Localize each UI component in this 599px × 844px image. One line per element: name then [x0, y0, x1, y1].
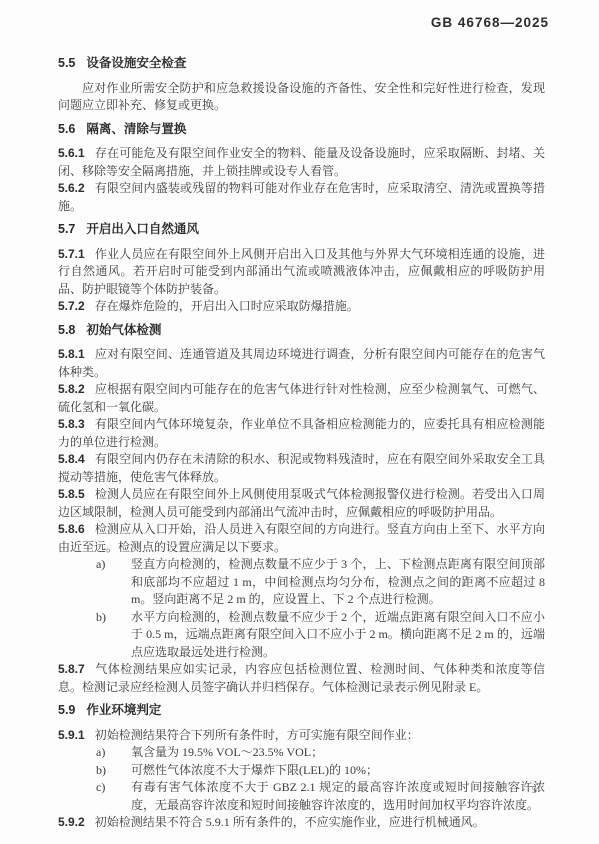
list-item-a: a)竖直方向检测的，检测点数量不应少于 3 个，上、下检测点距离有限空间顶部和底… [58, 556, 545, 609]
clause-number: 5.7.2 [58, 299, 85, 313]
clause-number: 5.9.1 [58, 728, 85, 742]
list-item-marker: c) [96, 779, 131, 814]
section-number: 5.5 [58, 56, 75, 70]
list-item-a2: a)氧含量为 19.5% VOL～23.5% VOL； [58, 744, 545, 762]
list-item-b: b)水平方向检测的，检测点数量不应少于 2 个，近端点距离有限空间入口不应小于 … [58, 609, 545, 662]
clause-number: 5.8.1 [58, 347, 85, 361]
section-number: 5.6 [58, 122, 75, 136]
section-heading-5-5: 5.5设备设施安全检查 [58, 55, 545, 73]
list-item-marker: b) [96, 762, 131, 780]
clause-5-8-1: 5.8.1应对有限空间、连通管道及其周边环境进行调查，分析有限空间内可能存在的危… [58, 346, 545, 381]
section-heading-5-7: 5.7开启出入口自然通风 [58, 221, 545, 239]
list-item-text: 可燃性气体浓度不大于爆炸下限(LEL)的 10%； [131, 762, 545, 780]
list-item-b2: b)可燃性气体浓度不大于爆炸下限(LEL)的 10%； [58, 762, 545, 780]
list-item-marker: b) [96, 609, 131, 662]
section-title: 隔离、清除与置换 [86, 122, 186, 136]
clause-text: 存在可能危及有限空间作业安全的物料、能量及设备设施时，应采取隔断、封堵、关闭、移… [58, 146, 545, 178]
section-heading-5-6: 5.6隔离、清除与置换 [58, 121, 545, 139]
clause-5-7-2: 5.7.2存在爆炸危险的，开启出入口时应采取防爆措施。 [58, 298, 545, 316]
section-number: 5.8 [58, 323, 75, 337]
section-number: 5.9 [58, 703, 75, 717]
clause-number: 5.8.5 [58, 487, 85, 501]
clause-5-8-6: 5.8.6检测应从入口开始，沿人员进入有限空间的方向进行。竖直方向由上至下、水平… [58, 521, 545, 556]
clause-number: 5.8.2 [58, 382, 85, 396]
page-content: 5.5设备设施安全检查 应对作业所需安全防护和应急救援设备设施的齐备性、安全性和… [58, 49, 545, 832]
clause-number: 5.6.2 [58, 181, 85, 195]
section-heading-5-8: 5.8初始气体检测 [58, 322, 545, 340]
section-title: 初始气体检测 [86, 323, 161, 337]
clause-number: 5.8.6 [58, 522, 85, 536]
clause-text: 初始检测结果符合下列所有条件时，方可实施有限空间作业： [95, 728, 419, 742]
list-item-text: 有毒有害气体浓度不大于 GBZ 2.1 规定的最高容许浓度或短时间接触容许浓度，… [131, 779, 545, 814]
clause-text: 有限空间内盛装或残留的物料可能对作业存在危害时，应采取清空、清洗或置换等措施。 [58, 181, 545, 213]
clause-5-8-3: 5.8.3有限空间内气体环境复杂，作业单位不具备相应检测能力的，应委托具有相应检… [58, 416, 545, 451]
section-title: 开启出入口自然通风 [86, 222, 199, 236]
clause-number: 5.8.4 [58, 452, 85, 466]
clause-text: 初始检测结果不符合 5.9.1 所有条件的，不应实施作业，应进行机械通风。 [95, 815, 485, 829]
clause-5-9-1: 5.9.1初始检测结果符合下列所有条件时，方可实施有限空间作业： [58, 727, 545, 745]
clause-5-9-2: 5.9.2初始检测结果不符合 5.9.1 所有条件的，不应实施作业，应进行机械通… [58, 814, 545, 832]
document-number: GB 46768—2025 [431, 15, 549, 30]
list-item-text: 氧含量为 19.5% VOL～23.5% VOL； [131, 744, 545, 762]
clause-5-8-2: 5.8.2应根据有限空间内可能存在的危害气体进行针对性检测，应至少检测氧气、可燃… [58, 381, 545, 416]
clause-5-6-2: 5.6.2有限空间内盛装或残留的物料可能对作业存在危害时，应采取清空、清洗或置换… [58, 180, 545, 215]
clause-5-7-1: 5.7.1作业人员应在有限空间外上风侧开启出入口及其他与外界大气环境相连通的设施… [58, 246, 545, 299]
clause-5-6-1: 5.6.1存在可能危及有限空间作业安全的物料、能量及设备设施时，应采取隔断、封堵… [58, 145, 545, 180]
clause-text: 检测人员应在有限空间外上风侧使用泵吸式气体检测报警仪进行检测。若受出入口周边区域… [58, 487, 545, 519]
clause-text: 气体检测结果应如实记录，内容应包括检测位置、检测时间、气体种类和浓度等信息。检测… [58, 662, 545, 694]
section-title: 设备设施安全检查 [86, 56, 186, 70]
clause-5-8-7: 5.8.7气体检测结果应如实记录，内容应包括检测位置、检测时间、气体种类和浓度等… [58, 661, 545, 696]
paragraph: 应对作业所需安全防护和应急救援设备设施的齐备性、安全性和完好性进行检查，发现问题… [58, 80, 545, 115]
section-title: 作业环境判定 [86, 703, 161, 717]
page-number: 5 [532, 784, 538, 796]
clause-text: 检测应从入口开始，沿人员进入有限空间的方向进行。竖直方向由上至下、水平方向由近至… [58, 522, 545, 554]
section-number: 5.7 [58, 222, 75, 236]
clause-number: 5.9.2 [58, 815, 85, 829]
clause-number: 5.8.7 [58, 662, 85, 676]
document-page: GB 46768—2025 5.5设备设施安全检查 应对作业所需安全防护和应急救… [0, 0, 599, 844]
clause-text: 存在爆炸危险的，开启出入口时应采取防爆措施。 [95, 299, 359, 313]
clause-text: 有限空间内仍存在未清除的积水、积泥或物料残渣时，应在有限空间外采取安全工具搅动等… [58, 452, 545, 484]
list-item-text: 竖直方向检测的，检测点数量不应少于 3 个，上、下检测点距离有限空间顶部和底部均… [131, 556, 545, 609]
clause-text: 有限空间内气体环境复杂，作业单位不具备相应检测能力的，应委托具有相应检测能力的单… [58, 417, 545, 449]
clause-number: 5.7.1 [58, 247, 85, 261]
clause-5-8-5: 5.8.5检测人员应在有限空间外上风侧使用泵吸式气体检测报警仪进行检测。若受出入… [58, 486, 545, 521]
list-item-text: 水平方向检测的，检测点数量不应少于 2 个，近端点距离有限空间入口不应小于 0.… [131, 609, 545, 662]
list-item-c2: c)有毒有害气体浓度不大于 GBZ 2.1 规定的最高容许浓度或短时间接触容许浓… [58, 779, 545, 814]
clause-number: 5.6.1 [58, 146, 85, 160]
list-item-marker: a) [96, 744, 131, 762]
clause-number: 5.8.3 [58, 417, 85, 431]
list-item-marker: a) [96, 556, 131, 609]
section-heading-5-9: 5.9作业环境判定 [58, 702, 545, 720]
clause-text: 应对有限空间、连通管道及其周边环境进行调查，分析有限空间内可能存在的危害气体种类… [58, 347, 545, 379]
clause-text: 应根据有限空间内可能存在的危害气体进行针对性检测，应至少检测氧气、可燃气、硫化氢… [58, 382, 545, 414]
clause-5-8-4: 5.8.4有限空间内仍存在未清除的积水、积泥或物料残渣时，应在有限空间外采取安全… [58, 451, 545, 486]
clause-text: 作业人员应在有限空间外上风侧开启出入口及其他与外界大气环境相连通的设施，进行自然… [58, 247, 545, 296]
